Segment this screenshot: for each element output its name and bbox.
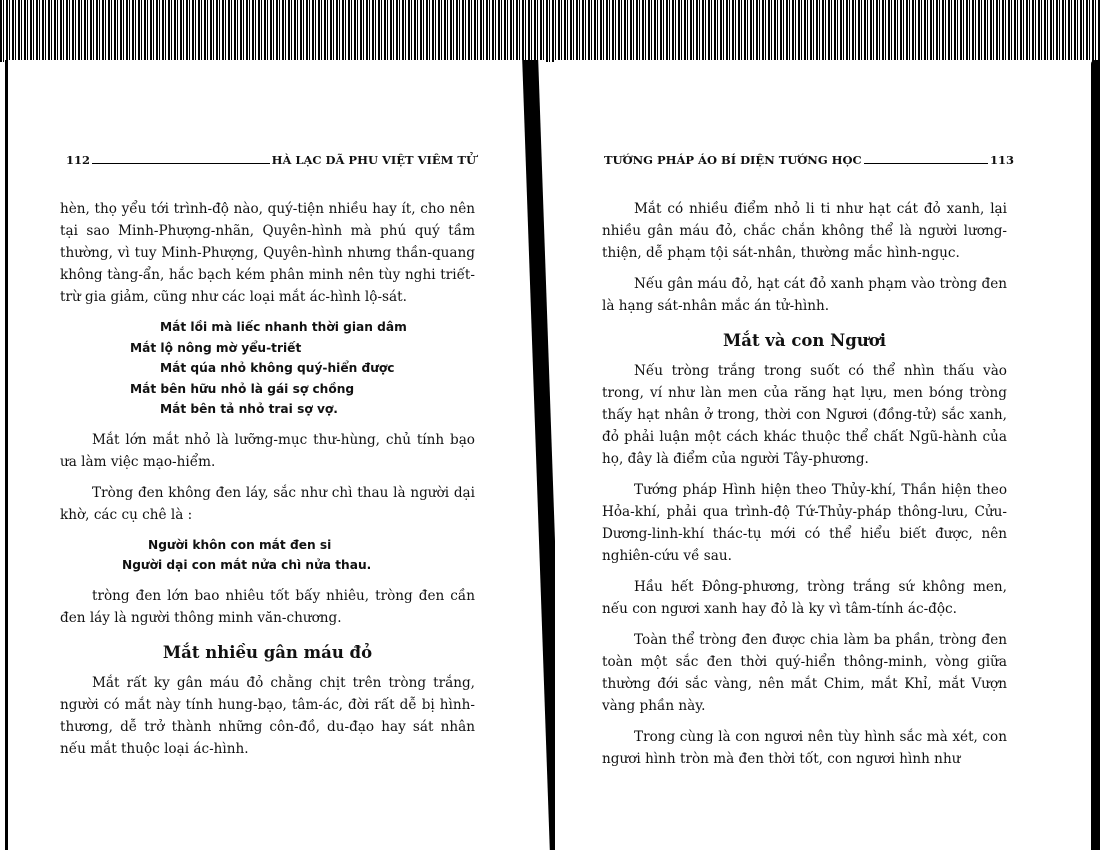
paragraph: Mắt có nhiều điểm nhỏ li ti như hạt cát … [602,198,1007,264]
right-page-header: TƯỚNG PHÁP ÁO BÍ DIỆN TƯỚNG HỌC 113 [604,153,1014,167]
paragraph: hèn, thọ yểu tới trình-độ nào, quý-tiện … [60,198,475,308]
page-number-left: 112 [66,153,90,167]
paragraph: tròng đen lớn bao nhiêu tốt bấy nhiêu, t… [60,585,475,629]
paragraph: Tướng pháp Hình hiện theo Thủy-khí, Thần… [602,479,1007,567]
paragraph: Nếu gân máu đỏ, hạt cát đỏ xanh phạm vào… [602,273,1007,317]
paragraph: Hầu hết Đông-phương, tròng trắng sứ khôn… [602,576,1007,620]
running-title-right: TƯỚNG PHÁP ÁO BÍ DIỆN TƯỚNG HỌC [604,153,862,167]
paragraph: Tròng đen không đen láy, sắc như chì tha… [60,482,475,526]
verse-line: Mắt bên hữu nhỏ là gái sợ chồng [60,379,475,400]
running-title-left: HÀ LẠC DÃ PHU VIỆT VIÊM TỬ [272,153,476,167]
verse-line: Mắt bên tả nhỏ trai sợ vợ. [60,399,475,420]
verse-line: Người khôn con mắt đen si [60,535,475,556]
paragraph: Mắt rất ky gân máu đỏ chằng chịt trên tr… [60,672,475,760]
paragraph: Toàn thể tròng đen được chia làm ba phần… [602,629,1007,717]
header-rule [92,163,270,164]
header-rule [864,163,988,164]
paragraph: Mắt lớn mắt nhỏ là lưỡng-mục thư-hùng, c… [60,429,475,473]
left-page-header: 112 HÀ LẠC DÃ PHU VIỆT VIÊM TỬ [66,153,476,167]
verse-line: Mắt lộ nông mờ yểu-triết [60,338,475,359]
verse-block: Người khôn con mắt đen si Người dại con … [60,535,475,576]
verse-line: Mắt qúa nhỏ không quý-hiển được [60,358,475,379]
scan-edge-right [1091,60,1100,850]
paragraph: Trong cùng là con ngươi nên tùy hình sắc… [602,726,1007,770]
verse-line: Mắt lồi mà liếc nhanh thời gian dâm [60,317,475,338]
verse-block: Mắt lồi mà liếc nhanh thời gian dâm Mắt … [60,317,475,420]
paragraph: Nếu tròng trắng trong suốt có thể nhìn t… [602,360,1007,470]
scan-edge-top [0,0,1100,62]
right-page-body: Mắt có nhiều điểm nhỏ li ti như hạt cát … [602,198,1007,770]
verse-line: Người dại con mắt nửa chì nửa thau. [60,555,475,576]
section-heading: Mắt và con Ngươi [602,330,1007,352]
left-page-body: hèn, thọ yểu tới trình-độ nào, quý-tiện … [60,198,475,760]
page-number-right: 113 [990,153,1014,167]
section-heading: Mắt nhiều gân máu đỏ [60,642,475,664]
